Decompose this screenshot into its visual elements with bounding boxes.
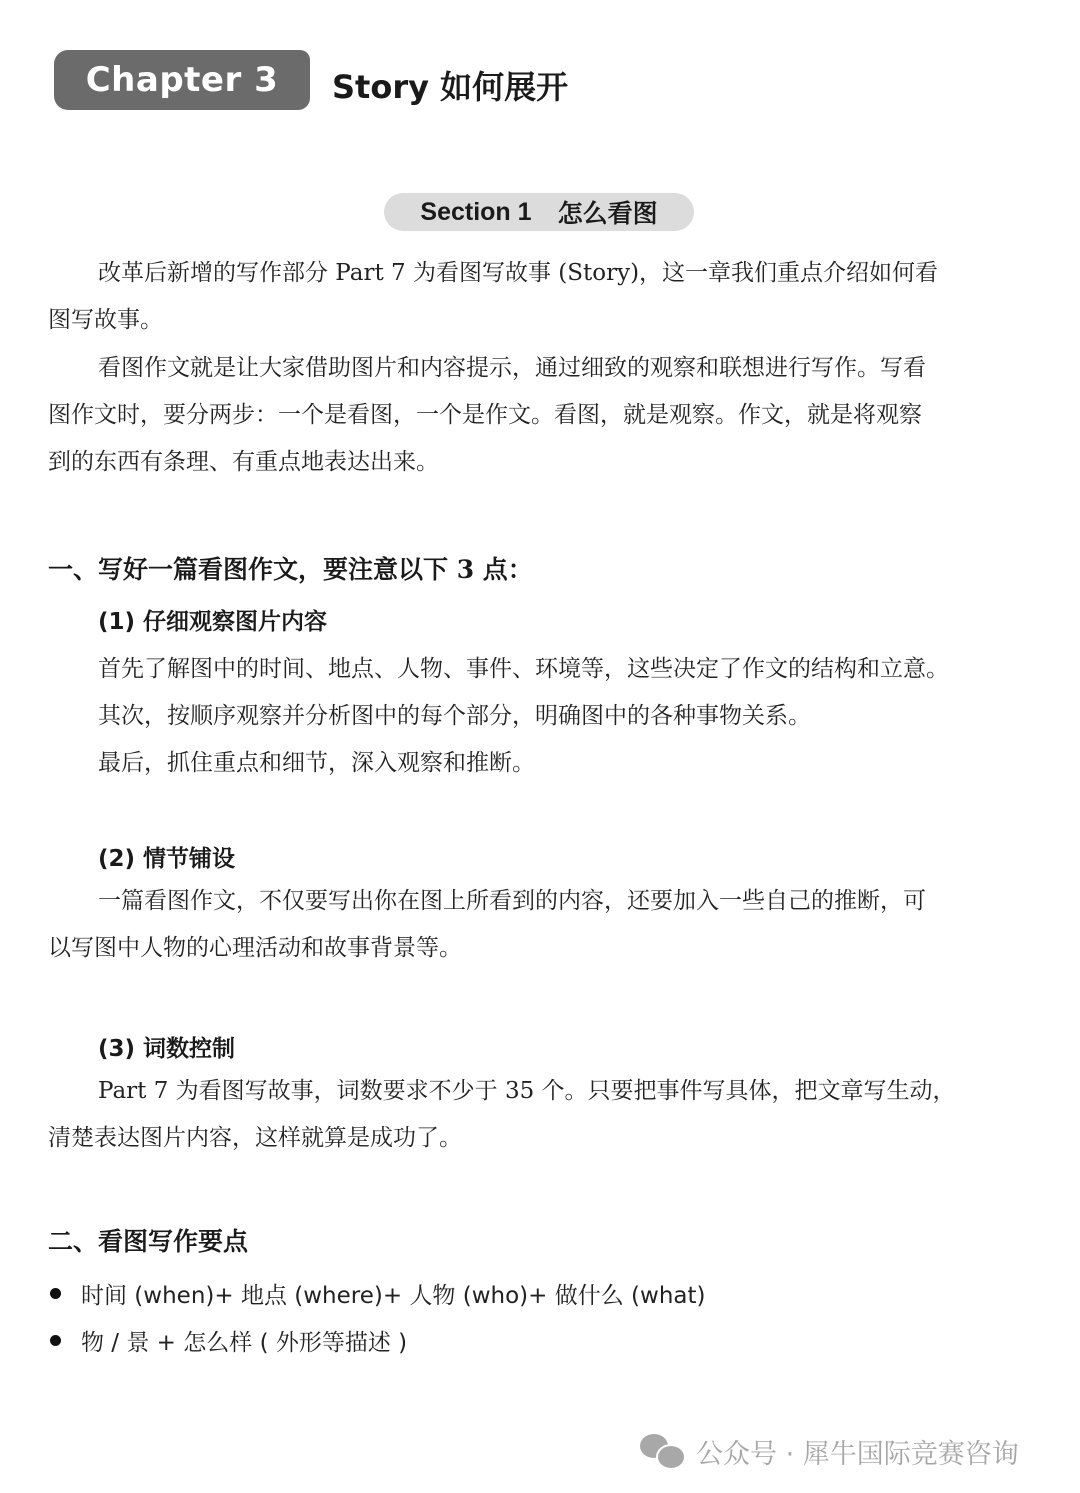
bullet-icon <box>50 1288 61 1299</box>
chapter-badge: Chapter 3 <box>54 50 310 110</box>
part1-heading: 一、写好一篇看图作文，要注意以下 3 点： <box>48 550 533 586</box>
text-line: 到的东西有条理、有重点地表达出来。 <box>48 449 439 475</box>
bullet-item: 时间 (when)+ 地点 (where)+ 人物 (who)+ 做什么 (wh… <box>48 1277 706 1310</box>
item2-paragraph: 一篇看图作文，不仅要写出你在图上所看到的内容，还要加入一些自己的推断，可 以写图… <box>48 878 1038 972</box>
wechat-icon <box>640 1434 684 1470</box>
section-title: 怎么看图 <box>558 194 658 230</box>
watermark-text: 公众号 · 犀牛国际竞赛咨询 <box>696 1432 1019 1471</box>
text-line: 以写图中人物的心理活动和故事背景等。 <box>48 935 462 961</box>
item3-title: (3) 词数控制 <box>98 1030 235 1063</box>
item1-line: 最后，抓住重点和细节，深入观察和推断。 <box>98 744 535 777</box>
text-line: 改革后新增的写作部分 Part 7 为看图写故事 (Story)，这一章我们重点… <box>98 260 938 286</box>
section-number: Section 1 <box>420 198 531 227</box>
part2-heading: 二、看图写作要点 <box>48 1222 248 1258</box>
text-line: 图写故事。 <box>48 307 163 333</box>
item2-title: (2) 情节铺设 <box>98 840 235 873</box>
text-line: 图作文时，要分两步：一个是看图，一个是作文。看图，就是观察。作文，就是将观察 <box>48 402 922 428</box>
text-line: Part 7 为看图写故事，词数要求不少于 35 个。只要把事件写具体，把文章写… <box>98 1078 956 1104</box>
bullet-icon <box>50 1335 61 1346</box>
item3-paragraph: Part 7 为看图写故事，词数要求不少于 35 个。只要把事件写具体，把文章写… <box>48 1068 1038 1162</box>
item1-line: 首先了解图中的时间、地点、人物、事件、环境等，这些决定了作文的结构和立意。 <box>98 650 949 683</box>
bullet-item: 物 / 景 + 怎么样 ( 外形等描述 ) <box>48 1324 407 1357</box>
text-line: 清楚表达图片内容，这样就算是成功了。 <box>48 1125 462 1151</box>
text-line: 看图作文就是让大家借助图片和内容提示，通过细致的观察和联想进行写作。写看 <box>98 355 926 381</box>
bullet-text: 物 / 景 + 怎么样 ( 外形等描述 ) <box>81 1324 407 1357</box>
chapter-number: Chapter 3 <box>86 60 279 100</box>
item1-line: 其次，按顺序观察并分析图中的每个部分，明确图中的各种事物关系。 <box>98 697 811 730</box>
bullet-text: 时间 (when)+ 地点 (where)+ 人物 (who)+ 做什么 (wh… <box>81 1277 706 1310</box>
item1-title: (1) 仔细观察图片内容 <box>98 603 327 636</box>
chapter-title: Story 如何展开 <box>332 62 568 108</box>
text-line: 一篇看图作文，不仅要写出你在图上所看到的内容，还要加入一些自己的推断，可 <box>98 888 926 914</box>
intro-paragraph-1: 改革后新增的写作部分 Part 7 为看图写故事 (Story)，这一章我们重点… <box>48 250 1038 344</box>
watermark: 公众号 · 犀牛国际竞赛咨询 <box>640 1432 1019 1471</box>
intro-paragraph-2: 看图作文就是让大家借助图片和内容提示，通过细致的观察和联想进行写作。写看 图作文… <box>48 345 1038 486</box>
section-header: Section 1 怎么看图 <box>384 193 694 231</box>
